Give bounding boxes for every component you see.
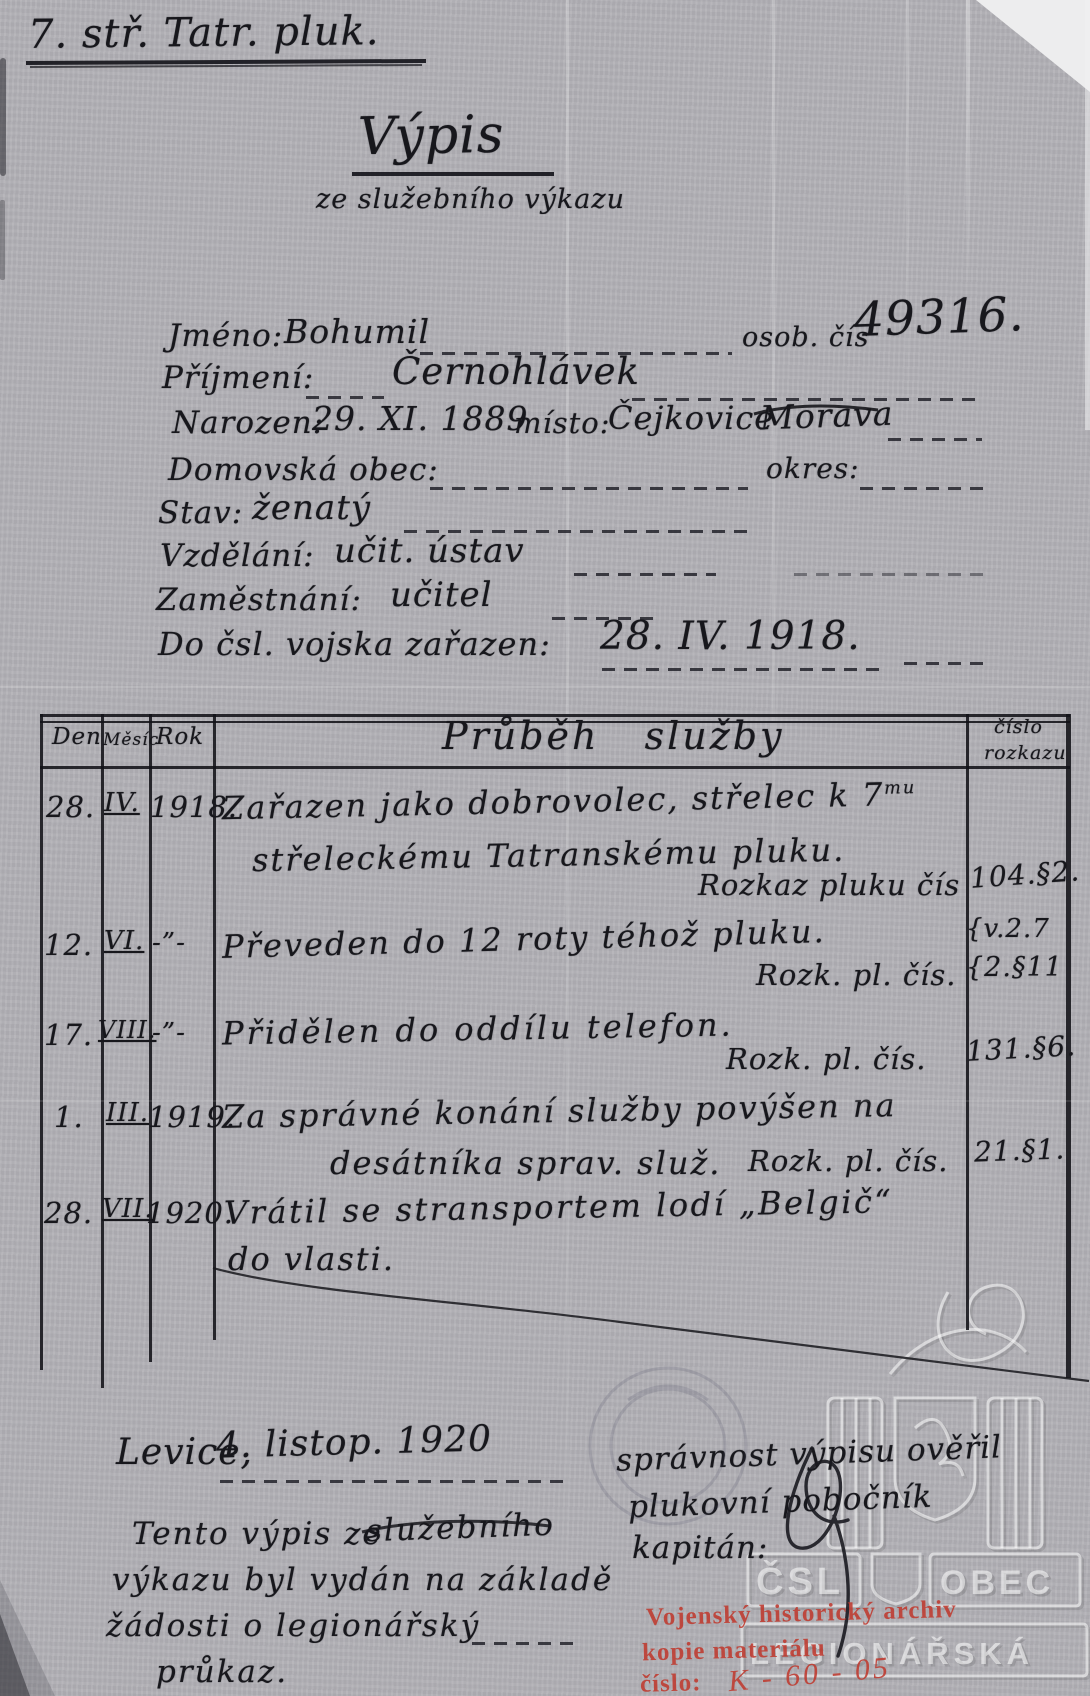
row3-rok: -”-	[152, 1018, 186, 1048]
field-jmeno-value: Bohumil	[284, 312, 430, 351]
scanned-document-page: ČSL OBEC LEGIONÁŘSKÁ ČSL OBEC LEGIONÁŘSK…	[0, 0, 1090, 1696]
scan-streak	[906, 0, 909, 420]
date-dashes	[220, 1480, 572, 1483]
row1-order-number: 104.§2.	[969, 854, 1081, 895]
scan-streak	[772, 0, 775, 1200]
row2-order-ref: Rozk. pl. čís.	[756, 958, 956, 992]
embossed-legion-seal: ČSL OBEC LEGIONÁŘSKÁ ČSL OBEC LEGIONÁŘSK…	[690, 1256, 1090, 1696]
field-vzdelani-value: učit. ústav	[334, 531, 525, 571]
table-col-cislo-rule	[966, 714, 969, 1330]
corner-shadow-soft	[0, 1580, 55, 1696]
footer-note-line2: výkazu byl vydán na základě	[112, 1562, 613, 1598]
scan-streak	[966, 0, 970, 300]
round-stamp-arc-mark	[628, 1386, 708, 1400]
document-subtitle: ze služebního výkazu	[316, 184, 625, 215]
row4-mesic: III.	[106, 1098, 149, 1128]
row2-order-number-line2: {2.§11	[966, 952, 1063, 983]
field-misto-label: místo:	[514, 406, 611, 440]
row4-den: 1.	[54, 1100, 84, 1134]
field-zarazen-value: 28. IV. 1918.	[600, 614, 861, 659]
row2-entry-line1: Převeden do 12 roty téhož pluku.	[222, 912, 826, 966]
verify-line2: plukovní pobočník	[627, 1479, 933, 1526]
col-header-prubeh: Průběh služby	[442, 714, 785, 758]
col-header-den: Den	[52, 724, 102, 750]
note-dashes	[472, 1642, 576, 1645]
field-osob-cis-label: osob. čís	[742, 322, 869, 353]
row3-order-number: 131.§6.	[965, 1029, 1077, 1068]
row3-den: 17.	[44, 1018, 93, 1052]
archive-stamp-line1: Vojenský historický archiv	[646, 1596, 957, 1632]
table-header-rule	[40, 766, 1070, 769]
row4-order-ref: Rozk. pl. čís.	[748, 1144, 948, 1178]
field-vzdelani-label: Vzdělání:	[160, 538, 315, 574]
verify-line3: kapitán:	[632, 1530, 768, 1566]
row3-mesic: VIII.	[98, 1016, 156, 1044]
footer-date: 4. listop. 1920	[216, 1418, 493, 1466]
field-zamestnani-label: Zaměstnání:	[156, 582, 362, 618]
row1-order-ref: Rozkaz pluku čís	[698, 868, 960, 902]
verify-line1: správnost výpisu ověřil	[615, 1429, 1002, 1478]
blank-dashes	[574, 573, 716, 576]
row5-rok: 1920.	[146, 1196, 234, 1230]
paper-crease	[0, 686, 1090, 688]
field-okres-label: okres:	[766, 452, 860, 485]
row5-entry-line1: Vrátil se stransportem lodí „Belgič“	[224, 1182, 894, 1232]
row3-order-ref: Rozk. pl. čís.	[726, 1042, 926, 1076]
field-domovska-label: Domovská obec:	[168, 452, 439, 488]
row1-entry-superscript: mu	[884, 778, 916, 799]
seal-word-csl: ČSL	[756, 1558, 844, 1603]
col-header-cislo-line2: rozkazu	[984, 742, 1067, 764]
col-header-rok: Rok	[156, 724, 204, 750]
row5-den: 28.	[44, 1196, 93, 1230]
row1-mesic: IV.	[104, 788, 140, 818]
field-stav-label: Stav:	[158, 495, 243, 531]
field-zarazen-label: Do čsl. vojska zařazen:	[158, 625, 551, 663]
regiment-header: 7. stř. Tatr. pluk.	[28, 8, 380, 58]
blank-dashes	[904, 662, 986, 665]
blank-dashes	[888, 438, 982, 441]
seal-word-obec: OBEC	[943, 1567, 1057, 1605]
row1-den: 28.	[46, 790, 95, 824]
row1-entry-line1: Zařazen jako dobrovolec, střelec k 7mu	[222, 775, 917, 828]
blank-dashes	[430, 487, 748, 490]
row1-entry-text: Zařazen jako dobrovolec, střelec k 7	[222, 775, 885, 827]
scan-edge-strip	[1085, 0, 1090, 430]
regiment-underline-2	[30, 64, 422, 68]
footer-note-line1: Tento výpis ze	[132, 1516, 383, 1552]
field-jmeno-label: Jméno:	[168, 318, 283, 354]
edge-smudge	[0, 200, 5, 280]
col-header-mesic: Měsíc	[103, 730, 159, 750]
field-stav-value: ženatý	[252, 488, 371, 528]
row4-entry-line1: Za správné konání služby povýšen na	[222, 1086, 897, 1136]
title-underline	[352, 172, 554, 176]
footer-note-line4: průkaz.	[156, 1654, 288, 1690]
row4-entry-line2: desátníka sprav. služ.	[330, 1144, 721, 1182]
field-osob-cis-value: 49316.	[853, 287, 1025, 348]
edge-smudge	[0, 58, 6, 176]
row3-entry-line1: Přidělen do oddílu telefon.	[222, 1006, 734, 1053]
footer-note-struck-word: služebního	[365, 1507, 555, 1550]
field-zamestnani-value: učitel	[390, 575, 492, 615]
field-prijmeni-value: Černohlávek	[392, 350, 640, 393]
seal-word-obec: OBEC	[940, 1564, 1054, 1602]
document-title: Výpis	[357, 105, 504, 168]
row2-rok: -”-	[152, 928, 186, 958]
blank-dashes	[794, 573, 984, 576]
footer-note-line3: žádosti o legionářský	[106, 1608, 480, 1644]
table-left-border	[40, 714, 43, 1370]
row4-order-number: 21.§1.	[973, 1132, 1065, 1168]
row2-den: 12.	[44, 928, 93, 962]
blank-dashes	[860, 487, 984, 490]
col-header-cislo-line1: číslo	[994, 716, 1043, 738]
field-misto-struck-value: Morava	[759, 394, 894, 438]
field-misto-value: Čejkovice	[608, 399, 774, 437]
scan-corner-wedge	[976, 0, 1090, 92]
archive-stamp-line3: číslo:	[640, 1669, 702, 1696]
field-narozen-label: Narozen:	[172, 405, 324, 441]
field-prijmeni-label: Příjmení:	[162, 360, 314, 396]
blank-dashes	[602, 668, 880, 671]
corner-shadow	[0, 1614, 30, 1696]
row2-mesic: VI.	[104, 926, 144, 956]
row5-entry-line2: do vlasti.	[228, 1240, 395, 1278]
row2-order-number-line1: {v.2.7	[966, 914, 1050, 944]
table-closing-diagonal-line	[213, 1268, 1089, 1381]
field-narozen-value: 29. XI. 1889	[312, 399, 528, 438]
